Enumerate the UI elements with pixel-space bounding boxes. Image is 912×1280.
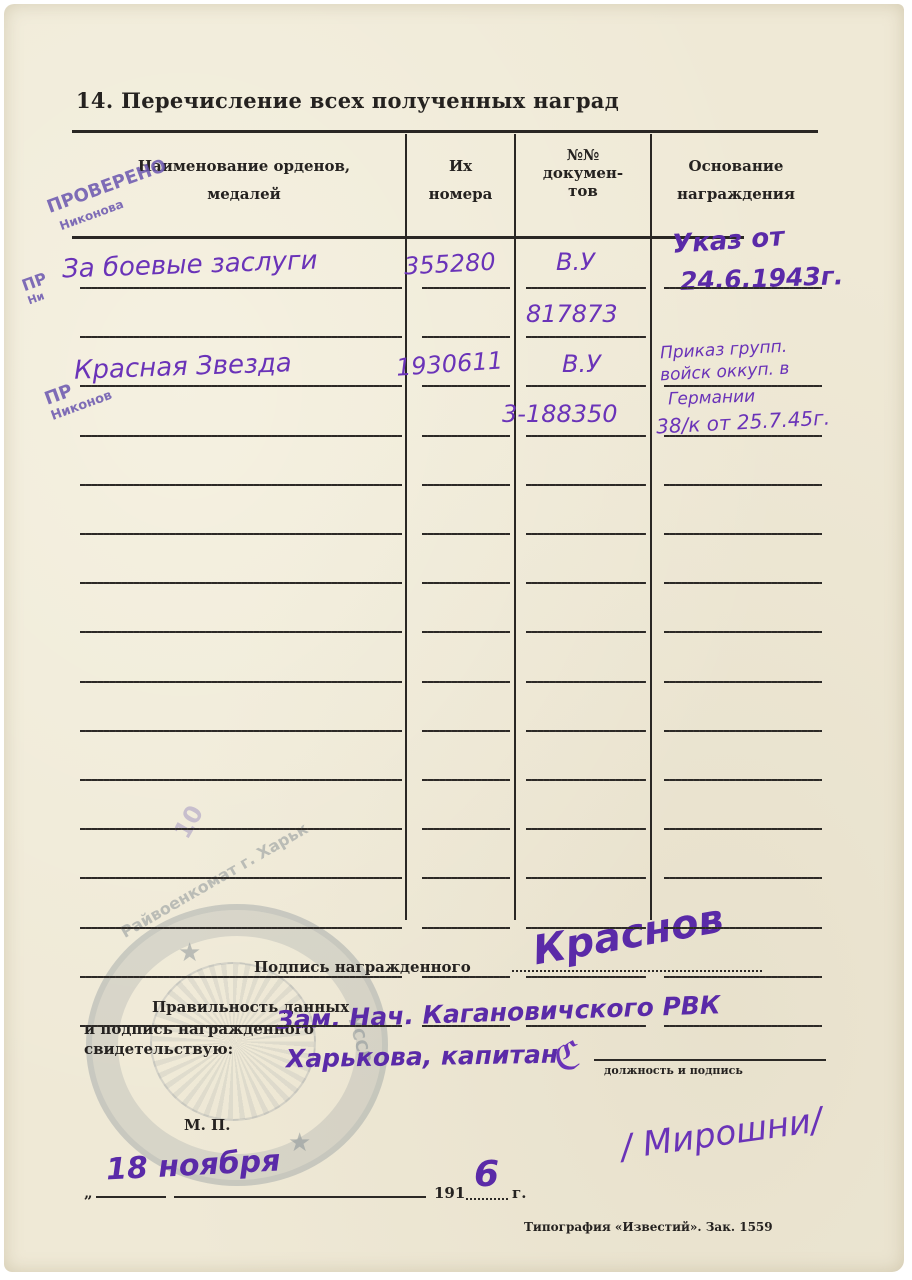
row-rule <box>664 582 822 584</box>
document-page: 14. Перечисление всех полученных наград … <box>4 4 904 1272</box>
row-rule <box>422 681 510 683</box>
certify-label-3: свидетельствую: <box>84 1040 233 1058</box>
row-rule <box>422 435 510 437</box>
header-line: докумен- <box>516 164 650 182</box>
header-line: тов <box>516 182 650 200</box>
checked-stamp-2: ПР Ни <box>19 269 54 308</box>
row-rule <box>526 1025 646 1027</box>
row-rule <box>80 1025 402 1027</box>
award-number-1: 355280 <box>403 248 496 281</box>
award-basis-1b: 24.6.1943г. <box>680 261 844 296</box>
row-rule <box>664 1025 822 1027</box>
row-rule <box>80 828 402 830</box>
row-rule <box>664 681 822 683</box>
table-top-rule <box>72 130 818 133</box>
row-rule <box>664 779 822 781</box>
row-rule <box>526 435 646 437</box>
row-rule <box>526 484 646 486</box>
row-rule <box>422 779 510 781</box>
awardee-signature-label: Подпись награжденного <box>254 958 471 976</box>
checked-stamp-3: ПР Никонов <box>42 368 114 424</box>
row-rule <box>526 976 646 978</box>
row-rule <box>664 385 822 387</box>
award-number-2: 1930611 <box>395 346 504 381</box>
award-basis-2b: войск оккуп. в <box>660 359 790 386</box>
row-rule <box>80 631 402 633</box>
section-number: 14. <box>76 88 113 113</box>
row-rule <box>526 730 646 732</box>
award-basis-2d: 38/к от 25.7.45г. <box>655 405 830 438</box>
position-and-signature-caption: должность и подпись <box>604 1064 743 1077</box>
stamp-text: 10 <box>168 801 209 844</box>
certifier-signature: / Мирошни/ <box>618 1100 825 1168</box>
date-open-quote: „ <box>84 1184 93 1202</box>
row-rule <box>664 877 822 879</box>
document-number-2b: 3-188350 <box>502 400 618 428</box>
row-rule <box>80 927 402 929</box>
row-rule <box>526 631 646 633</box>
row-rule <box>422 730 510 732</box>
row-rule <box>80 533 402 535</box>
row-rule <box>664 828 822 830</box>
section-title-text: Перечисление всех полученных наград <box>121 88 619 113</box>
printer-imprint: Типография «Известий». Зак. 1559 <box>524 1220 773 1234</box>
row-rule <box>526 927 646 929</box>
row-rule <box>664 484 822 486</box>
row-rule <box>422 533 510 535</box>
date-day-line <box>96 1196 166 1198</box>
row-rule <box>80 730 402 732</box>
row-rule <box>422 877 510 879</box>
row-rule <box>80 779 402 781</box>
row-rule <box>664 287 822 289</box>
row-rule <box>422 287 510 289</box>
date-year-prefix: 191 <box>434 1184 465 1202</box>
row-rule <box>422 582 510 584</box>
date-year-unit: г. <box>512 1184 526 1202</box>
document-number-2a: В.У <box>562 350 601 378</box>
row-rule <box>526 336 646 338</box>
document-number-1a: В.У <box>556 248 595 276</box>
row-rule <box>664 927 822 929</box>
row-rule <box>526 681 646 683</box>
section-title: 14. Перечисление всех полученных наград <box>76 88 619 113</box>
row-rule <box>526 385 646 387</box>
header-numbers: Их номера <box>407 156 514 204</box>
row-rule <box>422 385 510 387</box>
date-year-suffix: 6 <box>474 1154 499 1195</box>
row-rule <box>664 976 822 978</box>
row-rule <box>526 779 646 781</box>
row-rule <box>422 927 510 929</box>
certifier-line <box>594 1059 826 1061</box>
row-rule <box>80 976 402 978</box>
row-rule <box>526 828 646 830</box>
header-line: номера <box>407 184 514 204</box>
table-header-bottom-rule <box>72 236 744 239</box>
row-rule <box>80 582 402 584</box>
seal-text-top: Райвоенкомат г. Харьк <box>117 819 311 942</box>
award-basis-2c: Германии <box>668 386 756 409</box>
row-rule <box>80 435 402 437</box>
header-line: №№ <box>516 146 650 164</box>
header-line: Основание <box>652 156 820 176</box>
row-rule <box>526 287 646 289</box>
certifier-position-2: Харькова, капитан <box>286 1040 559 1074</box>
header-line: Их <box>407 156 514 176</box>
row-rule <box>422 484 510 486</box>
row-rule <box>80 877 402 879</box>
award-name-1: За боевые заслуги <box>62 246 318 285</box>
seal-place-label: М. П. <box>184 1116 230 1134</box>
row-rule <box>664 435 822 437</box>
header-basis: Основание награждения <box>652 156 820 204</box>
row-rule <box>80 336 402 338</box>
row-rule <box>422 631 510 633</box>
header-document-numbers: №№ докумен- тов <box>516 146 650 200</box>
row-rule <box>80 385 402 387</box>
row-rule <box>422 336 510 338</box>
date-month-line <box>174 1196 426 1198</box>
award-basis-1a: Указ от <box>671 222 785 260</box>
document-number-1b: 817873 <box>526 300 618 328</box>
row-rule <box>664 730 822 732</box>
header-line: награждения <box>652 184 820 204</box>
row-rule <box>422 1025 510 1027</box>
column-divider-2 <box>514 134 516 920</box>
row-rule <box>526 877 646 879</box>
seal-star-icon: ★ <box>178 938 201 968</box>
seal-star-icon: ★ <box>288 1128 311 1158</box>
row-rule <box>80 484 402 486</box>
certifier-flourish: ℭ <box>552 1033 583 1080</box>
row-rule <box>422 828 510 830</box>
row-rule <box>422 976 510 978</box>
row-rule <box>526 533 646 535</box>
row-rule <box>664 533 822 535</box>
row-rule <box>80 681 402 683</box>
faint-pencil-mark: 10 <box>168 801 209 844</box>
column-divider-3 <box>650 134 652 920</box>
awardee-signature: Краснов <box>529 896 727 975</box>
row-rule <box>526 582 646 584</box>
date-year-line <box>466 1198 510 1200</box>
row-rule <box>664 631 822 633</box>
row-rule <box>80 287 402 289</box>
